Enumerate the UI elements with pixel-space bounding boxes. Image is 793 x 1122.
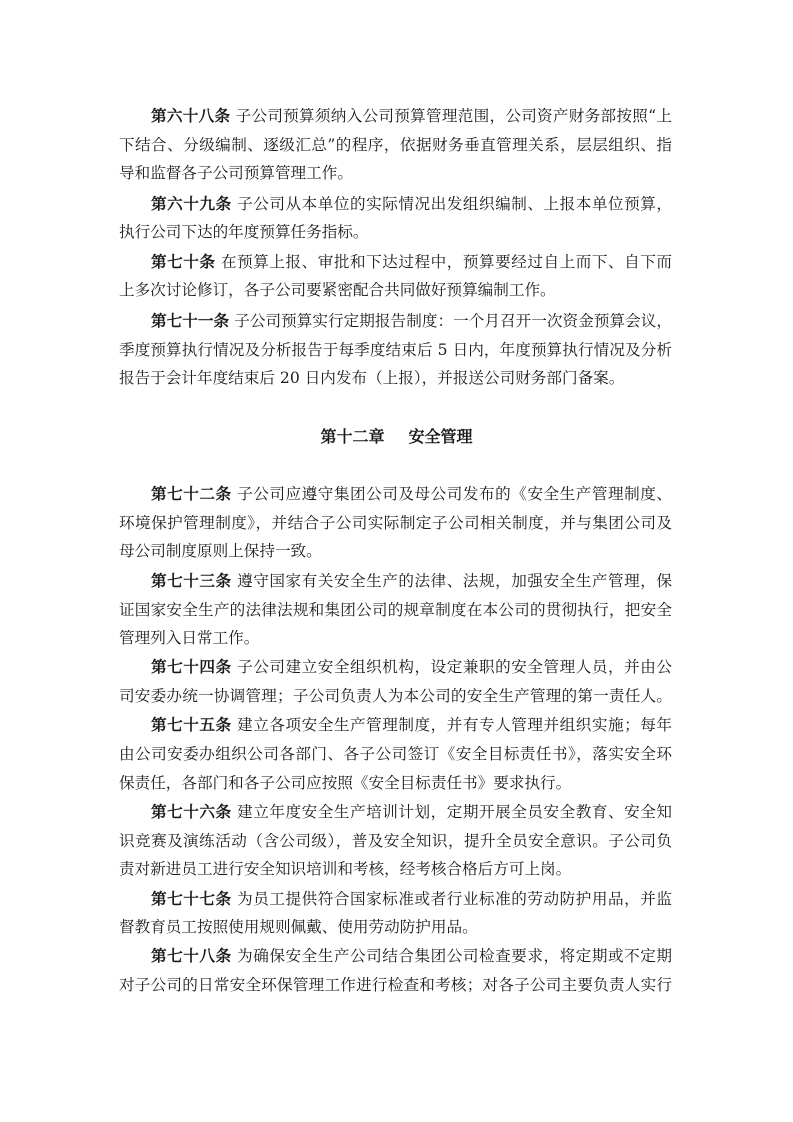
article-73-line-2: 证国家安全生产的法律法规和集团公司的规章制度在本公司的贯彻执行，把安全 bbox=[119, 599, 672, 621]
article-71-line-3: 报告于会计年度结束后 20 日内发布（上报），并报送公司财务部门备案。 bbox=[119, 367, 672, 389]
article-76-line-3: 责对新进员工进行安全知识培训和考核，经考核合格后方可上岗。 bbox=[119, 858, 672, 880]
article-72-line-2: 环境保护管理制度》，并结合子公司实际制定子公司相关制度，并与集团公司及 bbox=[119, 512, 672, 534]
article-label: 第七十四条 bbox=[151, 658, 232, 676]
article-69-line-1: 第六十九条 子公司从本单位的实际情况出发组织编制、上报本单位预算， bbox=[151, 193, 672, 215]
article-73-line-1: 第七十三条 遵守国家有关安全生产的法律、法规，加强安全生产管理，保 bbox=[151, 570, 672, 592]
article-74-line-1: 第七十四条 子公司建立安全组织机构，设定兼职的安全管理人员，并由公 bbox=[151, 656, 672, 678]
chapter-number: 第十二章 bbox=[320, 427, 384, 446]
article-label: 第七十三条 bbox=[151, 572, 232, 590]
article-72-line-1: 第七十二条 子公司应遵守集团公司及母公司发布的《安全生产管理制度、 bbox=[151, 483, 672, 505]
article-77-line-2: 督教育员工按照使用规则佩戴、使用劳动防护用品。 bbox=[119, 916, 672, 938]
article-73-line-3: 管理列入日常工作。 bbox=[119, 627, 672, 649]
article-75-line-2: 由公司安委办组织公司各部门、各子公司签订《安全目标责任书》，落实安全环 bbox=[119, 743, 672, 765]
chapter-heading: 第十二章安全管理 bbox=[0, 426, 793, 448]
article-label: 第六十九条 bbox=[151, 195, 232, 213]
article-68-line-3: 导和监督各子公司预算管理工作。 bbox=[119, 162, 672, 184]
article-75-line-1: 第七十五条 建立各项安全生产管理制度，并有专人管理并组织实施；每年 bbox=[151, 714, 672, 736]
article-70-line-2: 上多次讨论修订，各子公司要紧密配合共同做好预算编制工作。 bbox=[119, 279, 672, 301]
article-label: 第七十五条 bbox=[151, 716, 232, 734]
article-label: 第七十二条 bbox=[151, 485, 232, 503]
article-label: 第六十八条 bbox=[151, 107, 230, 125]
article-label: 第七十条 bbox=[151, 253, 216, 271]
article-74-line-2: 司安委办统一协调管理；子公司负责人为本公司的安全生产管理的第一责任人。 bbox=[119, 685, 672, 707]
article-69-line-2: 执行公司下达的年度预算任务指标。 bbox=[119, 221, 672, 243]
article-68-line-1: 第六十八条 子公司预算须纳入公司预算管理范围，公司资产财务部按照“上 bbox=[151, 105, 672, 127]
article-71-line-2: 季度预算执行情况及分析报告于每季度结束后 5 日内，年度预算执行情况及分析 bbox=[119, 339, 672, 361]
article-label: 第七十一条 bbox=[151, 312, 229, 330]
article-label: 第七十八条 bbox=[151, 947, 232, 965]
article-label: 第七十六条 bbox=[151, 803, 232, 821]
article-71-line-1: 第七十一条 子公司预算实行定期报告制度：一个月召开一次资金预算会议， bbox=[151, 310, 672, 332]
chapter-title: 安全管理 bbox=[409, 427, 473, 446]
article-78-line-2: 对子公司的日常安全环保管理工作进行检查和考核；对各子公司主要负责人实行 bbox=[119, 974, 672, 996]
article-75-line-3: 保责任，各部门和各子公司应按照《安全目标责任书》要求执行。 bbox=[119, 772, 672, 794]
article-68-line-2: 下结合、分级编制、逐级汇总”的程序，依据财务垂直管理关系，层层组织、指 bbox=[119, 134, 672, 156]
article-78-line-1: 第七十八条 为确保安全生产公司结合集团公司检查要求，将定期或不定期 bbox=[151, 945, 672, 967]
document-page: 第六十八条 子公司预算须纳入公司预算管理范围，公司资产财务部按照“上 下结合、分… bbox=[0, 0, 793, 1122]
article-76-line-2: 识竞赛及演练活动（含公司级），普及安全知识，提升全员安全意识。子公司负 bbox=[119, 830, 672, 852]
article-76-line-1: 第七十六条 建立年度安全生产培训计划，定期开展全员安全教育、安全知 bbox=[151, 801, 672, 823]
article-label: 第七十七条 bbox=[151, 890, 232, 908]
article-77-line-1: 第七十七条 为员工提供符合国家标准或者行业标准的劳动防护用品，并监 bbox=[151, 888, 672, 910]
article-70-line-1: 第七十条 在预算上报、审批和下达过程中，预算要经过自上而下、自下而 bbox=[151, 251, 672, 273]
article-72-line-3: 母公司制度原则上保持一致。 bbox=[119, 540, 672, 562]
